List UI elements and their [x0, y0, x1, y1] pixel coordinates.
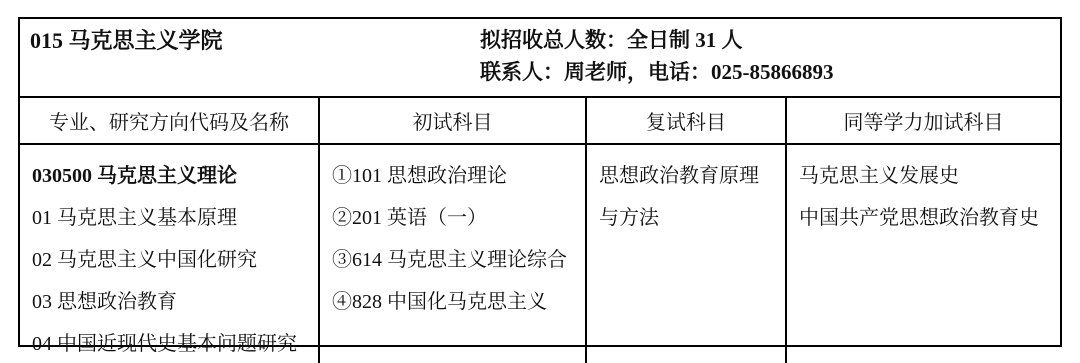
direction-item: 02 马克思主义中国化研究 — [32, 239, 312, 281]
initial-subject-item: ①101 思想政治理论 — [332, 155, 579, 197]
direction-item: 03 思想政治教育 — [32, 281, 312, 323]
initial-subject-item: ④828 中国化马克思主义 — [332, 281, 579, 323]
contact-line: 联系人：周老师，电话：025-85866893 — [480, 56, 834, 88]
column-header-row: 专业、研究方向代码及名称 初试科目 复试科目 同等学力加试科目 — [20, 98, 1060, 145]
initial-subjects-cell: ①101 思想政治理论 ②201 英语（一） ③614 马克思主义理论综合 ④8… — [320, 145, 587, 363]
retest-subjects-cell: 思想政治教育原理与方法 — [587, 145, 787, 363]
direction-item: 04 中国近现代史基本问题研究 — [32, 323, 312, 363]
page: 015 马克思主义学院 拟招收总人数：全日制 31 人 联系人：周老师，电话：0… — [0, 0, 1080, 363]
initial-subject-item: ②201 英语（一） — [332, 197, 579, 239]
initial-subject-item: ③614 马克思主义理论综合 — [332, 239, 579, 281]
header-major-column: 专业、研究方向代码及名称 — [20, 98, 320, 143]
major-directions-cell: 030500 马克思主义理论 01 马克思主义基本原理 02 马克思主义中国化研… — [20, 145, 320, 363]
header-equivalency-column: 同等学力加试科目 — [787, 98, 1060, 143]
header-retest-column: 复试科目 — [587, 98, 787, 143]
header-initial-exam-column: 初试科目 — [320, 98, 587, 143]
title-info-block: 拟招收总人数：全日制 31 人 联系人：周老师，电话：025-85866893 — [480, 24, 834, 88]
equivalency-subject-item: 中国共产党思想政治教育史 — [799, 197, 1054, 239]
title-row: 015 马克思主义学院 拟招收总人数：全日制 31 人 联系人：周老师，电话：0… — [20, 19, 1060, 98]
retest-subject-item: 思想政治教育原理与方法 — [599, 155, 777, 239]
department-title: 015 马克思主义学院 — [30, 24, 223, 55]
major-code-name: 030500 马克思主义理论 — [32, 155, 312, 197]
enrollment-line: 拟招收总人数：全日制 31 人 — [480, 24, 834, 56]
admissions-table: 015 马克思主义学院 拟招收总人数：全日制 31 人 联系人：周老师，电话：0… — [18, 17, 1062, 347]
equivalency-subject-item: 马克思主义发展史 — [799, 155, 1054, 197]
equivalency-subjects-cell: 马克思主义发展史 中国共产党思想政治教育史 — [787, 145, 1060, 363]
direction-item: 01 马克思主义基本原理 — [32, 197, 312, 239]
table-body-row: 030500 马克思主义理论 01 马克思主义基本原理 02 马克思主义中国化研… — [20, 145, 1060, 363]
